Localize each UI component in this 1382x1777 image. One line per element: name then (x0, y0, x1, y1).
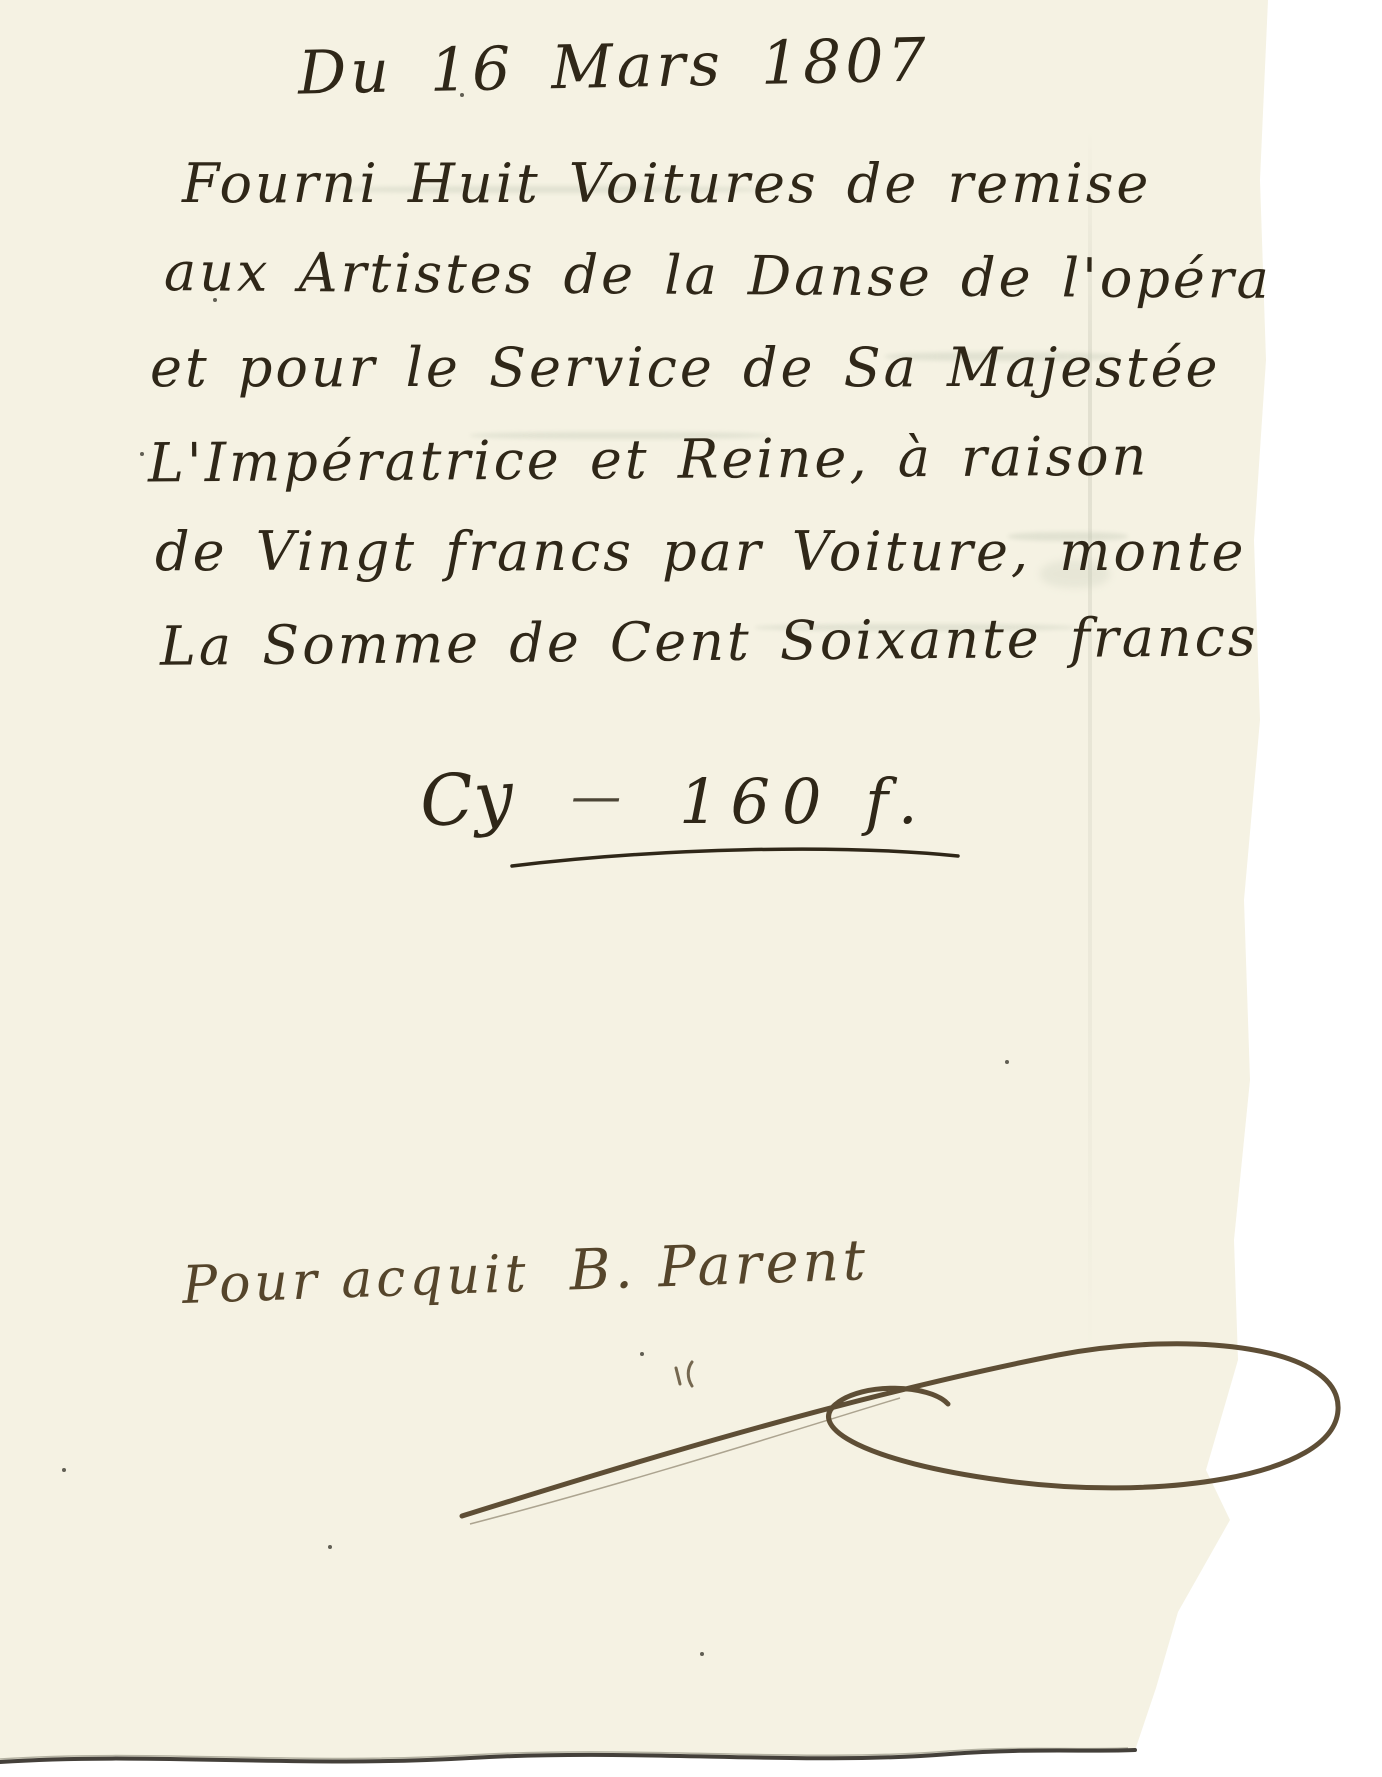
total-amount: 160 f. (679, 765, 930, 838)
paper-speck (700, 1652, 704, 1656)
paper-crease (1088, 130, 1092, 1360)
body-line: Fourni Huit Voitures de remise (182, 152, 1151, 215)
manuscript-page: Du 16 Mars 1807 Fourni Huit Voitures de … (0, 0, 1382, 1777)
body-line: de Vingt francs par Voiture, monte (155, 520, 1246, 583)
body-line: et pour le Service de Sa Majestée (150, 336, 1221, 399)
paper-speck (640, 1352, 644, 1356)
body-line: La Somme de Cent Soixante francs (160, 605, 1259, 678)
total-label: Cy (417, 755, 516, 843)
paper-speck (1005, 1060, 1009, 1064)
total-line: Cy — 160 f. (420, 758, 930, 840)
paper-speck (62, 1468, 66, 1472)
body-line: aux Artistes de la Danse de l'opéra (164, 240, 1272, 311)
date-line: Du 16 Mars 1807 (297, 25, 930, 108)
signature-prefix: Pour acquit (181, 1244, 530, 1316)
total-separator: — (571, 767, 621, 825)
signature-name: B. Parent (568, 1228, 870, 1303)
body-line: L'Impératrice et Reine, à raison (148, 425, 1150, 495)
paper-speck (140, 452, 144, 456)
paper-speck (328, 1545, 332, 1549)
